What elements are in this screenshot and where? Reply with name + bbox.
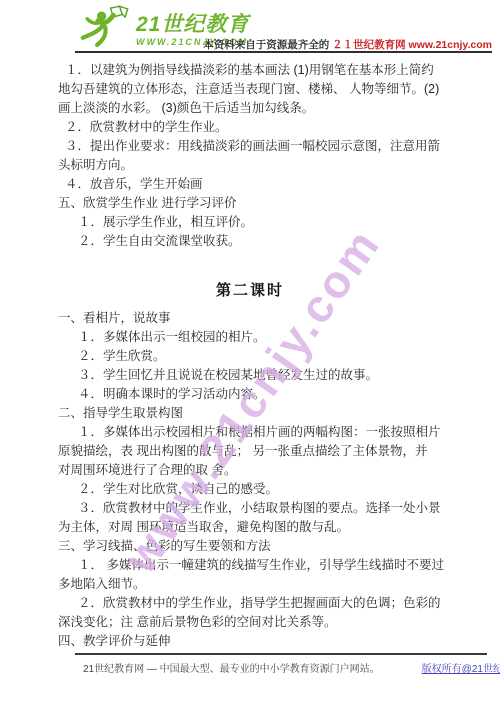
text-line: ２．学生欣赏。 — [58, 347, 442, 366]
lesson-plan-part-1: １．以建筑为例指导线描淡彩的基本画法 (1)用钢笔在基本形上简约地勾吾建筑的立体… — [58, 61, 442, 251]
text-line: １．多媒体出示一组校园的相片。 — [58, 328, 442, 347]
logo-brand-text: 21世纪教育 — [136, 14, 249, 36]
text-line: １．展示学生作业，相互评价。 — [58, 213, 442, 232]
text-line: 一、看相片，说故事 — [58, 309, 442, 328]
text-line: 头标明方向。 — [58, 156, 442, 175]
tagline-site-link[interactable]: ２１世纪教育网 www.21cnjy.com — [332, 39, 492, 51]
header-divider — [75, 51, 492, 53]
text-line: ３．提出作业要求：用线描淡彩的画法画一幅校园示意图，注意用箭 — [58, 137, 442, 156]
text-line: 画上淡淡的水彩。 (3)颜色干后适当加勾线条。 — [58, 99, 442, 118]
text-line: 二、指导学生取景构图 — [58, 404, 442, 423]
text-line: 四、教学评价与延伸 — [58, 632, 442, 651]
text-line: ３．欣赏教材中的学生作业，小结取景构图的要点。选择一处小景 — [58, 499, 442, 518]
text-line: 深浅变化；注 意前后景物色彩的空间对比关系等。 — [58, 613, 442, 632]
text-line: 三、学习线描、色彩的写生要领和方法 — [58, 537, 442, 556]
text-line: 五、欣赏学生作业 进行学习评价 — [58, 194, 442, 213]
document-body: １．以建筑为例指导线描淡彩的基本画法 (1)用钢笔在基本形上简约地勾吾建筑的立体… — [58, 61, 442, 651]
text-line: ２．欣赏教材中的学生作业，指导学生把握画面大的色调；色彩的 — [58, 594, 442, 613]
footer-info-text: 21世纪教育网 — 中国最大型、最专业的中小学教育资源门户网站。 — [83, 664, 380, 675]
footer: 21世纪教育网 — 中国最大型、最专业的中小学教育资源门户网站。版权所有@21世… — [83, 660, 487, 675]
text-line: 多地陷入细节。 — [58, 575, 442, 594]
text-line: ４．放音乐，学生开始画 — [58, 175, 442, 194]
text-line: ４．明确本课时的学习活动内容。 — [58, 385, 442, 404]
text-line: ２．学生对比欣赏，谈自己的感受。 — [58, 480, 442, 499]
section-heading: 第二课时 — [58, 279, 442, 300]
footer-divider — [75, 653, 487, 655]
text-line: 地勾吾建筑的立体形态，注意适当表现门窗、楼梯、 人物等细节。(2) — [58, 80, 442, 99]
text-line: １． 多媒体出示一幢建筑的线描写生作业，引导学生线描时不要过 — [58, 556, 442, 575]
document-page: 21世纪教育 www.21cnjy.com 本资料来自于资源最齐全的 ２１世纪教… — [0, 0, 500, 707]
text-line: ３．学生回忆并且说说在校园某地曾经发生过的故事。 — [58, 366, 442, 385]
text-line: 为主体，对周 围环境适当取舍，避免构图的散与乱。 — [58, 518, 442, 537]
header-tagline: 本资料来自于资源最齐全的 ２１世纪教育网 www.21cnjy.com — [203, 37, 492, 52]
text-line: ２．学生自由交流课堂收获。 — [58, 232, 442, 251]
text-line: 原貌描绘，表 现出构图的散与乱； 另一张重点描绘了主体景物，并 — [58, 442, 442, 461]
tagline-plain-text: 本资料来自于资源最齐全的 — [203, 39, 329, 51]
text-line: １．以建筑为例指导线描淡彩的基本画法 (1)用钢笔在基本形上简约 — [58, 61, 442, 80]
footer-copyright-link[interactable]: 版权所有@21世纪教育网 — [422, 664, 500, 675]
text-line: １．多媒体出示校园相片和根据相片画的两幅构图：一张按照相片 — [58, 423, 442, 442]
text-line: 对周围环境进行了合理的取 舍。 — [58, 461, 442, 480]
text-line: ２．欣赏教材中的学生作业。 — [58, 118, 442, 137]
lesson-plan-part-2: 一、看相片，说故事１．多媒体出示一组校园的相片。２．学生欣赏。３．学生回忆并且说… — [58, 309, 442, 651]
logo-runner-icon — [80, 4, 134, 50]
